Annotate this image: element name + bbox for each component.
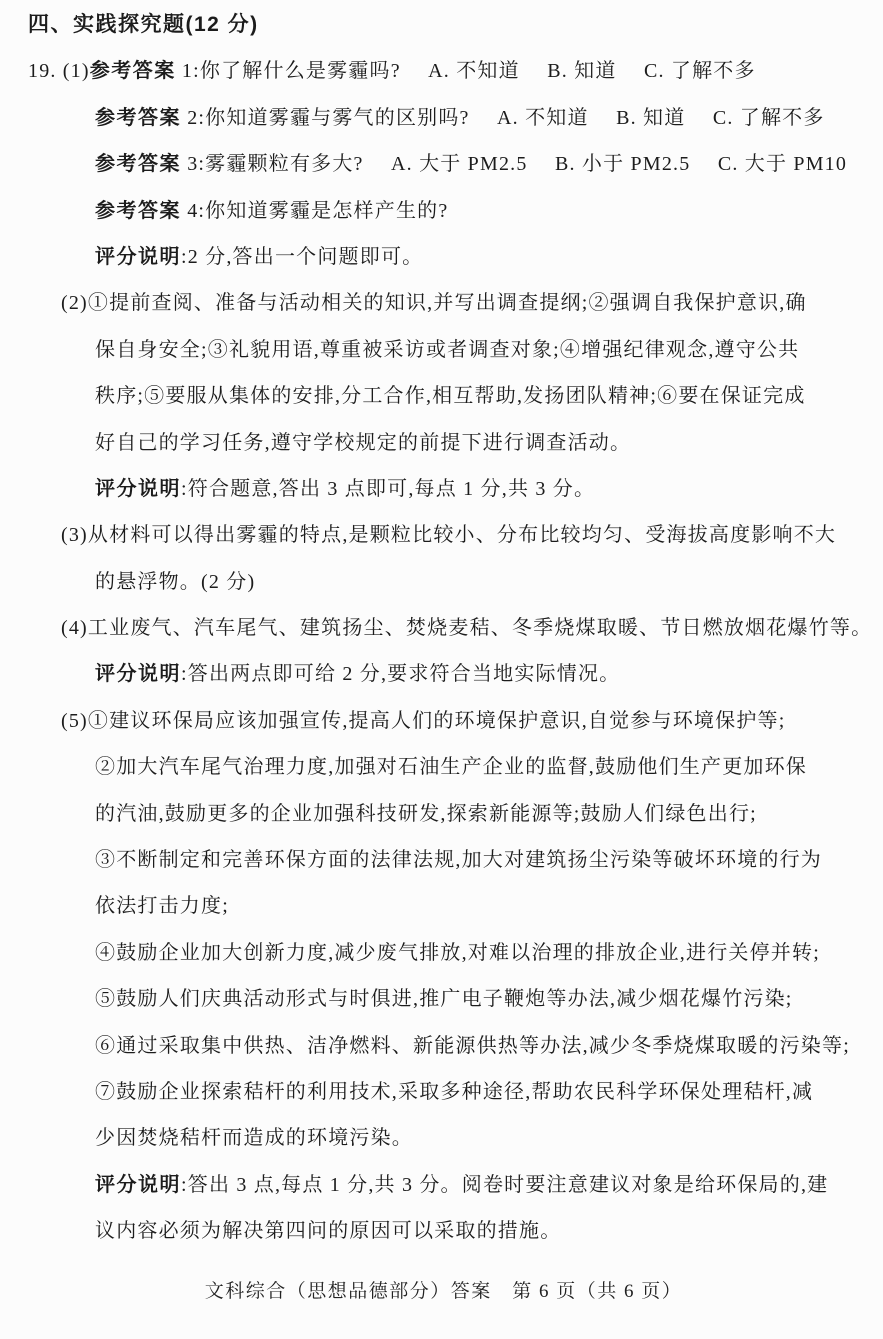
answer-line: (5)①建议环保局应该加强宣传,提高人们的环境保护意识,自觉参与环境保护等; — [28, 698, 859, 744]
answer-line: 评分说明:符合题意,答出 3 点即可,每点 1 分,共 3 分。 — [28, 466, 859, 512]
answer-line: ④鼓励企业加大创新力度,减少废气排放,对难以治理的排放企业,进行关停并转; — [28, 930, 859, 976]
line-text: 2:你知道雾霾与雾气的区别吗? A. 不知道 B. 知道 C. 了解不多 — [181, 107, 825, 129]
line-bold-label: 评分说明 — [95, 1174, 181, 1196]
answer-lines: 19. (1)参考答案 1:你了解什么是雾霾吗? A. 不知道 B. 知道 C.… — [28, 48, 859, 1254]
answer-line: ⑦鼓励企业探索秸杆的利用技术,采取多种途径,帮助农民科学环保处理秸杆,减 — [28, 1069, 859, 1115]
answer-line: 评分说明:答出 3 点,每点 1 分,共 3 分。阅卷时要注意建议对象是给环保局… — [28, 1162, 859, 1208]
line-text: ④鼓励企业加大创新力度,减少废气排放,对难以治理的排放企业,进行关停并转; — [95, 942, 820, 964]
answer-line: 评分说明:答出两点即可给 2 分,要求符合当地实际情况。 — [28, 651, 859, 697]
answer-line: 议内容必须为解决第四问的原因可以采取的措施。 — [28, 1208, 859, 1254]
line-text: ⑤鼓励人们庆典活动形式与时俱进,推广电子鞭炮等办法,减少烟花爆竹污染; — [95, 988, 793, 1010]
page-footer: 文科综合（思想品德部分）答案 第 6 页（共 6 页） — [28, 1269, 859, 1315]
line-bold-label: 评分说明 — [95, 246, 181, 268]
line-text: 依法打击力度; — [95, 895, 229, 917]
line-prefix: (5) — [61, 710, 88, 732]
answer-line: 参考答案 4:你知道雾霾是怎样产生的? — [28, 188, 859, 234]
line-text: :2 分,答出一个问题即可。 — [181, 246, 423, 268]
answer-line: ⑤鼓励人们庆典活动形式与时俱进,推广电子鞭炮等办法,减少烟花爆竹污染; — [28, 976, 859, 1022]
line-text: ③不断制定和完善环保方面的法律法规,加大对建筑扬尘污染等破坏环境的行为 — [95, 849, 822, 871]
answer-line: 19. (1)参考答案 1:你了解什么是雾霾吗? A. 不知道 B. 知道 C.… — [28, 48, 859, 94]
section-heading: 四、实践探究题(12 分) — [28, 2, 859, 48]
answer-line: ②加大汽车尾气治理力度,加强对石油生产企业的监督,鼓励他们生产更加环保 — [28, 744, 859, 790]
line-bold-label: 参考答案 — [90, 60, 176, 82]
line-text: ⑦鼓励企业探索秸杆的利用技术,采取多种途径,帮助农民科学环保处理秸杆,减 — [95, 1081, 813, 1103]
line-text: 工业废气、汽车尾气、建筑扬尘、焚烧麦秸、冬季烧煤取暖、节日燃放烟花爆竹等。 — [88, 617, 872, 639]
answer-line: 的悬浮物。(2 分) — [28, 559, 859, 605]
answer-line: 参考答案 3:雾霾颗粒有多大? A. 大于 PM2.5 B. 小于 PM2.5 … — [28, 141, 859, 187]
answer-line: ⑥通过采取集中供热、洁净燃料、新能源供热等办法,减少冬季烧煤取暖的污染等; — [28, 1023, 859, 1069]
answer-line: 的汽油,鼓励更多的企业加强科技研发,探索新能源等;鼓励人们绿色出行; — [28, 791, 859, 837]
line-text: 的悬浮物。(2 分) — [95, 571, 255, 593]
exam-answer-page: 四、实践探究题(12 分) 19. (1)参考答案 1:你了解什么是雾霾吗? A… — [0, 0, 883, 1339]
line-text: 保自身安全;③礼貌用语,尊重被采访或者调查对象;④增强纪律观念,遵守公共 — [95, 339, 799, 361]
line-text: 少因焚烧秸杆而造成的环境污染。 — [95, 1127, 413, 1149]
line-prefix: (4) — [61, 617, 88, 639]
line-text: 秩序;⑤要服从集体的安排,分工合作,相互帮助,发扬团队精神;⑥要在保证完成 — [95, 385, 806, 407]
line-prefix: 19. (1) — [28, 60, 90, 82]
answer-line: 秩序;⑤要服从集体的安排,分工合作,相互帮助,发扬团队精神;⑥要在保证完成 — [28, 373, 859, 419]
line-text: ⑥通过采取集中供热、洁净燃料、新能源供热等办法,减少冬季烧煤取暖的污染等; — [95, 1035, 850, 1057]
line-prefix: (3) — [61, 524, 88, 546]
line-text: 1:你了解什么是雾霾吗? A. 不知道 B. 知道 C. 了解不多 — [176, 60, 756, 82]
answer-line: (2)①提前查阅、准备与活动相关的知识,并写出调查提纲;②强调自我保护意识,确 — [28, 280, 859, 326]
line-text: ①建议环保局应该加强宣传,提高人们的环境保护意识,自觉参与环境保护等; — [88, 710, 786, 732]
line-text: 好自己的学习任务,遵守学校规定的前提下进行调查活动。 — [95, 432, 631, 454]
answer-line: 参考答案 2:你知道雾霾与雾气的区别吗? A. 不知道 B. 知道 C. 了解不… — [28, 95, 859, 141]
line-text: ②加大汽车尾气治理力度,加强对石油生产企业的监督,鼓励他们生产更加环保 — [95, 756, 807, 778]
line-text: 从材料可以得出雾霾的特点,是颗粒比较小、分布比较均匀、受海拔高度影响不大 — [88, 524, 836, 546]
answer-line: 少因焚烧秸杆而造成的环境污染。 — [28, 1115, 859, 1161]
line-bold-label: 评分说明 — [95, 663, 181, 685]
line-text: :符合题意,答出 3 点即可,每点 1 分,共 3 分。 — [181, 478, 595, 500]
answer-line: (4)工业废气、汽车尾气、建筑扬尘、焚烧麦秸、冬季烧煤取暖、节日燃放烟花爆竹等。 — [28, 605, 859, 651]
line-text: :答出 3 点,每点 1 分,共 3 分。阅卷时要注意建议对象是给环保局的,建 — [181, 1174, 828, 1196]
line-text: 的汽油,鼓励更多的企业加强科技研发,探索新能源等;鼓励人们绿色出行; — [95, 803, 757, 825]
line-bold-label: 参考答案 — [95, 107, 181, 129]
line-text: 4:你知道雾霾是怎样产生的? — [181, 200, 448, 222]
answer-line: 依法打击力度; — [28, 883, 859, 929]
line-bold-label: 参考答案 — [95, 153, 181, 175]
line-text: 议内容必须为解决第四问的原因可以采取的措施。 — [95, 1220, 561, 1242]
answer-line: 好自己的学习任务,遵守学校规定的前提下进行调查活动。 — [28, 420, 859, 466]
line-bold-label: 评分说明 — [95, 478, 181, 500]
answer-line: 保自身安全;③礼貌用语,尊重被采访或者调查对象;④增强纪律观念,遵守公共 — [28, 327, 859, 373]
line-text: :答出两点即可给 2 分,要求符合当地实际情况。 — [181, 663, 620, 685]
line-text: ①提前查阅、准备与活动相关的知识,并写出调查提纲;②强调自我保护意识,确 — [88, 292, 807, 314]
line-prefix: (2) — [61, 292, 88, 314]
line-text: 3:雾霾颗粒有多大? A. 大于 PM2.5 B. 小于 PM2.5 C. 大于… — [181, 153, 847, 175]
answer-line: ③不断制定和完善环保方面的法律法规,加大对建筑扬尘污染等破坏环境的行为 — [28, 837, 859, 883]
answer-line: 评分说明:2 分,答出一个问题即可。 — [28, 234, 859, 280]
line-bold-label: 参考答案 — [95, 200, 181, 222]
answer-line: (3)从材料可以得出雾霾的特点,是颗粒比较小、分布比较均匀、受海拔高度影响不大 — [28, 512, 859, 558]
